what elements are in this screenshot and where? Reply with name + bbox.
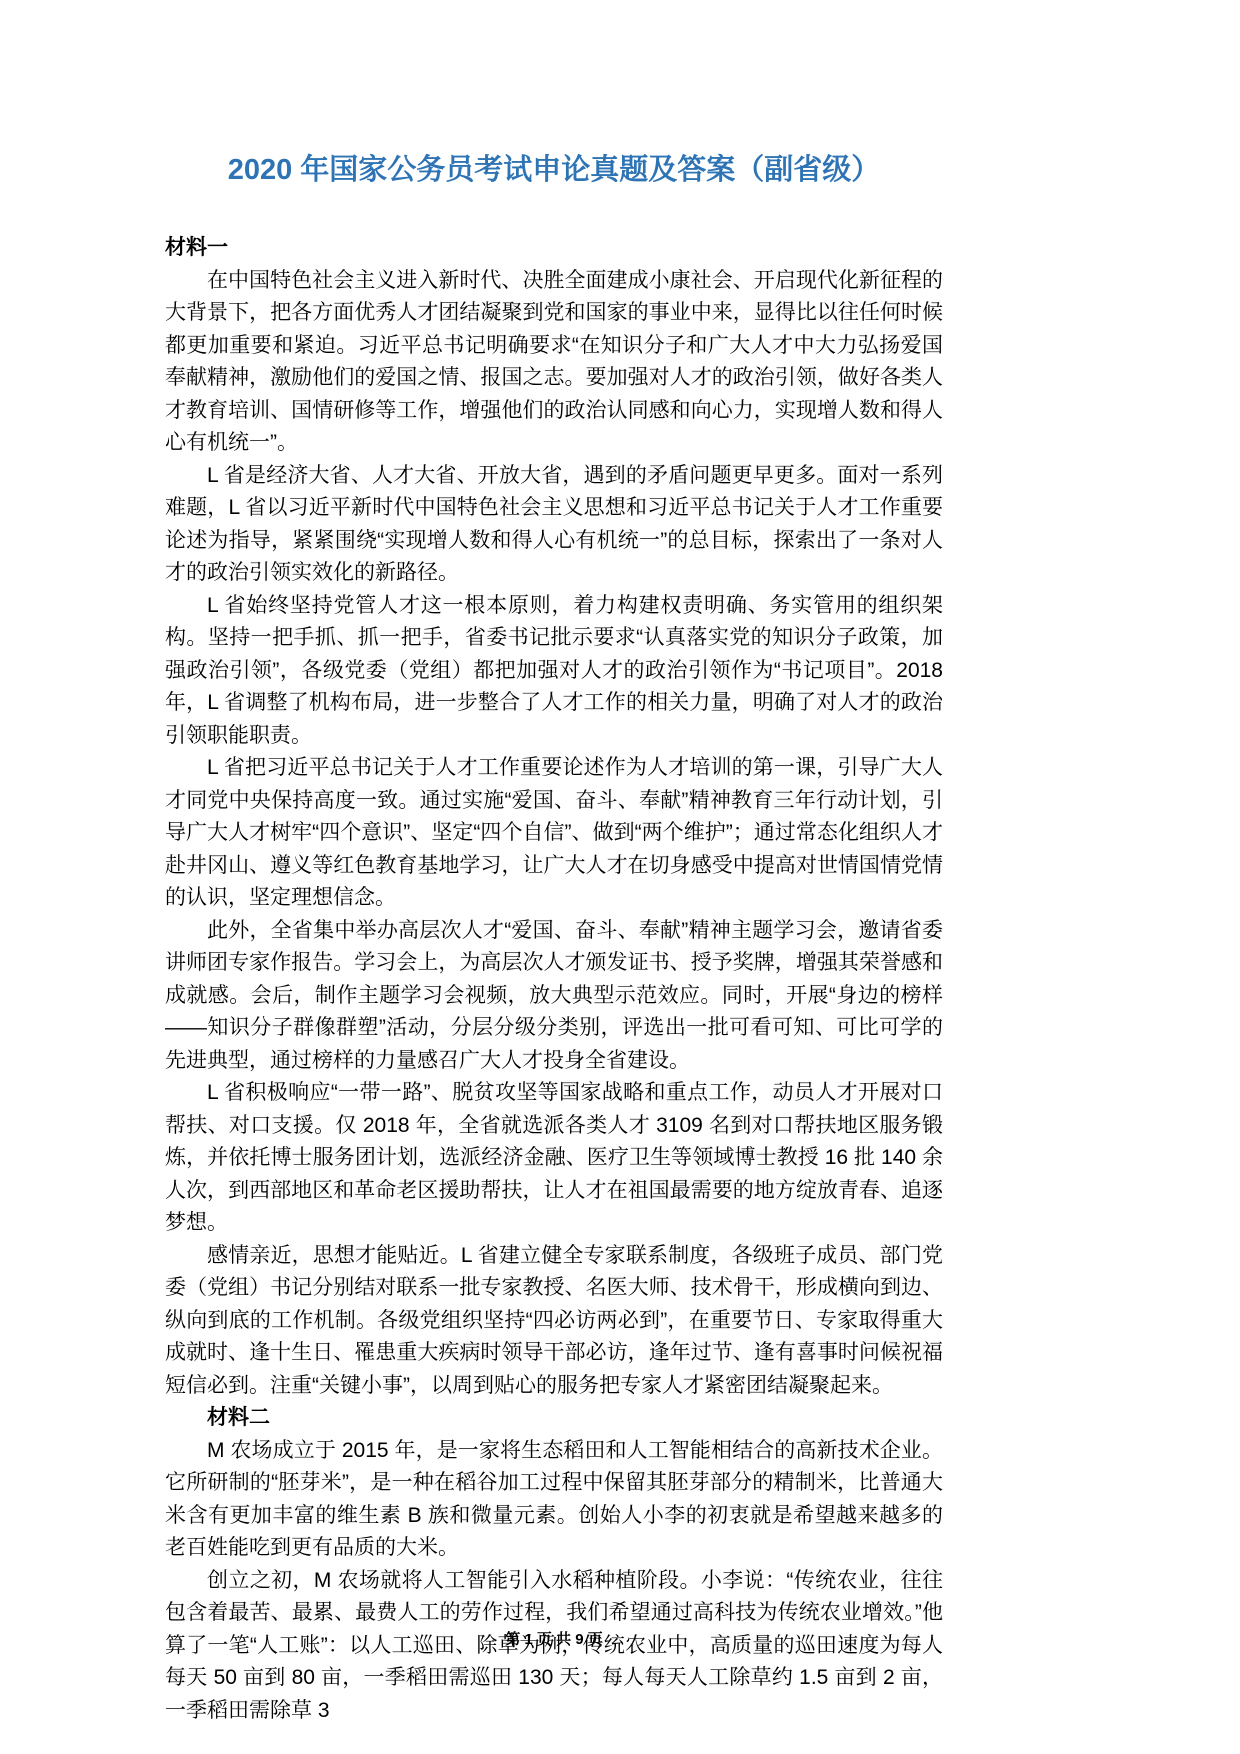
paragraph: L 省始终坚持党管人才这一根本原则，着力构建权责明确、务实管用的组织架构。坚持一… (165, 590, 943, 753)
material-one-heading: 材料一 (165, 232, 943, 265)
document-body: 材料一 在中国特色社会主义进入新时代、决胜全面建成小康社会、开启现代化新征程的大… (165, 232, 943, 1727)
document-page: 2020 年国家公务员考试申论真题及答案（副省级） 材料一 在中国特色社会主义进… (0, 0, 1240, 1754)
paragraph: L 省积极响应“一带一路”、脱贫攻坚等国家战略和重点工作，动员人才开展对口帮扶、… (165, 1077, 943, 1240)
paragraph: L 省是经济大省、人才大省、开放大省，遇到的矛盾问题更早更多。面对一系列难题，L… (165, 460, 943, 590)
document-title: 2020 年国家公务员考试申论真题及答案（副省级） (165, 150, 943, 190)
paragraph: L 省把习近平总书记关于人才工作重要论述作为人才培训的第一课，引导广大人才同党中… (165, 752, 943, 915)
material-two-heading: 材料二 (165, 1402, 943, 1435)
paragraph: 此外，全省集中举办高层次人才“爱国、奋斗、奉献”精神主题学习会，邀请省委讲师团专… (165, 915, 943, 1078)
paragraph: 感情亲近，思想才能贴近。L 省建立健全专家联系制度，各级班子成员、部门党委（党组… (165, 1240, 943, 1403)
paragraph: 在中国特色社会主义进入新时代、决胜全面建成小康社会、开启现代化新征程的大背景下，… (165, 265, 943, 460)
page-number-footer: 第 1 页 共 9 页 (165, 1628, 943, 1649)
paragraph: M 农场成立于 2015 年，是一家将生态稻田和人工智能相结合的高新技术企业。它… (165, 1435, 943, 1565)
